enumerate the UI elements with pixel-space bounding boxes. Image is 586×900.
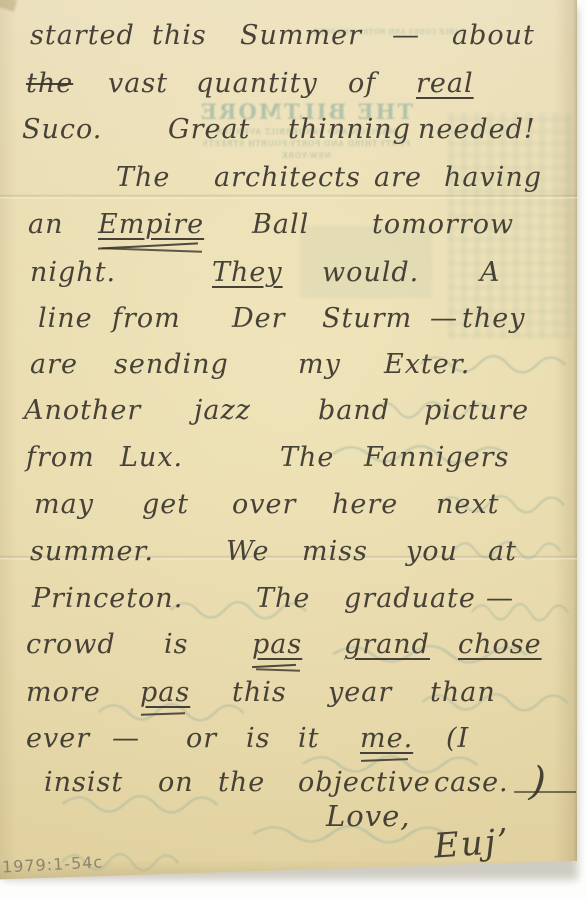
word: — <box>392 20 420 51</box>
word: Fannigers <box>364 442 509 473</box>
word: having <box>444 162 542 193</box>
letter-line: Anotherjazzbandpicture <box>0 395 577 441</box>
letter-line: linefromDerSturm—they <box>0 303 577 349</box>
ink-stroke <box>514 791 576 793</box>
word: an <box>28 209 64 240</box>
letter-body: startedthisSummer—aboutthevastquantityof… <box>0 0 577 882</box>
word: from <box>112 303 181 334</box>
letter-line: morepasthisyearthan <box>0 677 577 723</box>
word: vast <box>108 68 168 99</box>
word: ever <box>26 723 90 754</box>
word: Great <box>168 114 250 145</box>
letter-line: crowdispasgrandchose <box>0 629 577 675</box>
letter-paper: THE BILTMORE MADISON AND VANDERBILT AVEN… <box>0 0 577 882</box>
word: is <box>164 629 189 660</box>
letter-line: Thearchitectsarehaving <box>0 162 577 208</box>
word: next <box>436 489 499 520</box>
word: the <box>218 767 265 798</box>
letter-line: thevastquantityofreal <box>0 68 577 114</box>
word: my <box>298 349 341 380</box>
signature: Euj’ <box>433 821 512 866</box>
word: needed! <box>418 114 536 145</box>
word: or <box>186 723 217 754</box>
word: case. <box>434 767 509 798</box>
word: insist <box>44 767 123 798</box>
letter-line: startedthisSummer—about <box>0 20 577 66</box>
letter-line: anEmpireBalltomorrow <box>0 209 577 255</box>
letter-line: summer.Wemissyouat <box>0 536 577 582</box>
word: is <box>246 723 271 754</box>
word: over <box>232 489 296 520</box>
word: the <box>26 68 73 99</box>
closing-love: Love, <box>326 799 410 833</box>
word: here <box>332 489 398 520</box>
letter-line: Suco.Greatthinningneeded! <box>0 114 577 160</box>
word: They <box>212 257 283 288</box>
word: The <box>280 442 334 473</box>
word: sending <box>114 349 229 380</box>
word: chose <box>458 629 542 660</box>
word: started <box>30 20 135 51</box>
word: from <box>26 442 95 473</box>
word: quantity <box>196 68 318 99</box>
letter-line: ever—orisitme.(I <box>0 723 577 769</box>
word: this <box>152 20 207 51</box>
word: band <box>318 395 390 426</box>
word: than <box>430 677 496 708</box>
word: at <box>488 536 517 567</box>
letter-line: Princeton.Thegraduate— <box>0 583 577 629</box>
word: We <box>226 536 270 567</box>
word: Summer <box>240 20 362 51</box>
word: Sturm <box>322 303 412 334</box>
word: grand <box>344 629 430 660</box>
word: year <box>328 677 392 708</box>
word: summer. <box>30 536 154 567</box>
word: are <box>374 162 422 193</box>
word: line <box>38 303 93 334</box>
word: The <box>116 162 170 193</box>
word: Der <box>232 303 286 334</box>
word: ) <box>528 758 549 805</box>
word: get <box>142 489 189 520</box>
word: — <box>112 723 140 754</box>
word: they <box>462 303 525 334</box>
word: objective <box>298 767 431 798</box>
word: — <box>486 583 514 614</box>
letter-line: aresendingmyExter. <box>0 349 577 395</box>
word: picture <box>424 395 529 426</box>
word: pas <box>140 677 190 708</box>
word: The <box>256 583 310 614</box>
word: Exter. <box>384 349 470 380</box>
word: are <box>30 349 78 380</box>
word: graduate <box>344 583 476 614</box>
word: thinning <box>288 114 411 145</box>
word: Another <box>24 395 141 426</box>
word: Princeton. <box>32 583 183 614</box>
word: you <box>406 536 458 567</box>
word: pas <box>252 629 302 660</box>
word: about <box>452 20 535 51</box>
letter-line: insistontheobjectivecase.) <box>0 767 577 813</box>
word: it <box>298 723 320 754</box>
word: Suco. <box>22 114 102 145</box>
word: may <box>34 489 94 520</box>
word: (I <box>446 723 469 754</box>
letter-line: fromLux.TheFannigers <box>0 442 577 488</box>
letter-scan: THE BILTMORE MADISON AND VANDERBILT AVEN… <box>0 0 586 900</box>
word: tomorrow <box>372 209 514 240</box>
word: would. <box>322 257 419 288</box>
word: jazz <box>194 395 251 426</box>
word: crowd <box>26 629 116 660</box>
word: of <box>348 68 376 99</box>
word: Lux. <box>120 442 183 473</box>
word: more <box>26 677 101 708</box>
word: me. <box>360 723 413 754</box>
word: miss <box>302 536 368 567</box>
word: architects <box>214 162 361 193</box>
word: — <box>430 303 458 334</box>
word: real <box>416 68 474 99</box>
word: on <box>158 767 194 798</box>
letter-line: maygetoverherenext <box>0 489 577 535</box>
letter-line: night.Theywould.A <box>0 257 577 303</box>
word: this <box>232 677 287 708</box>
word: night. <box>30 257 116 288</box>
word: Empire <box>98 209 204 240</box>
word: A <box>480 257 501 288</box>
word: Ball <box>252 209 309 240</box>
